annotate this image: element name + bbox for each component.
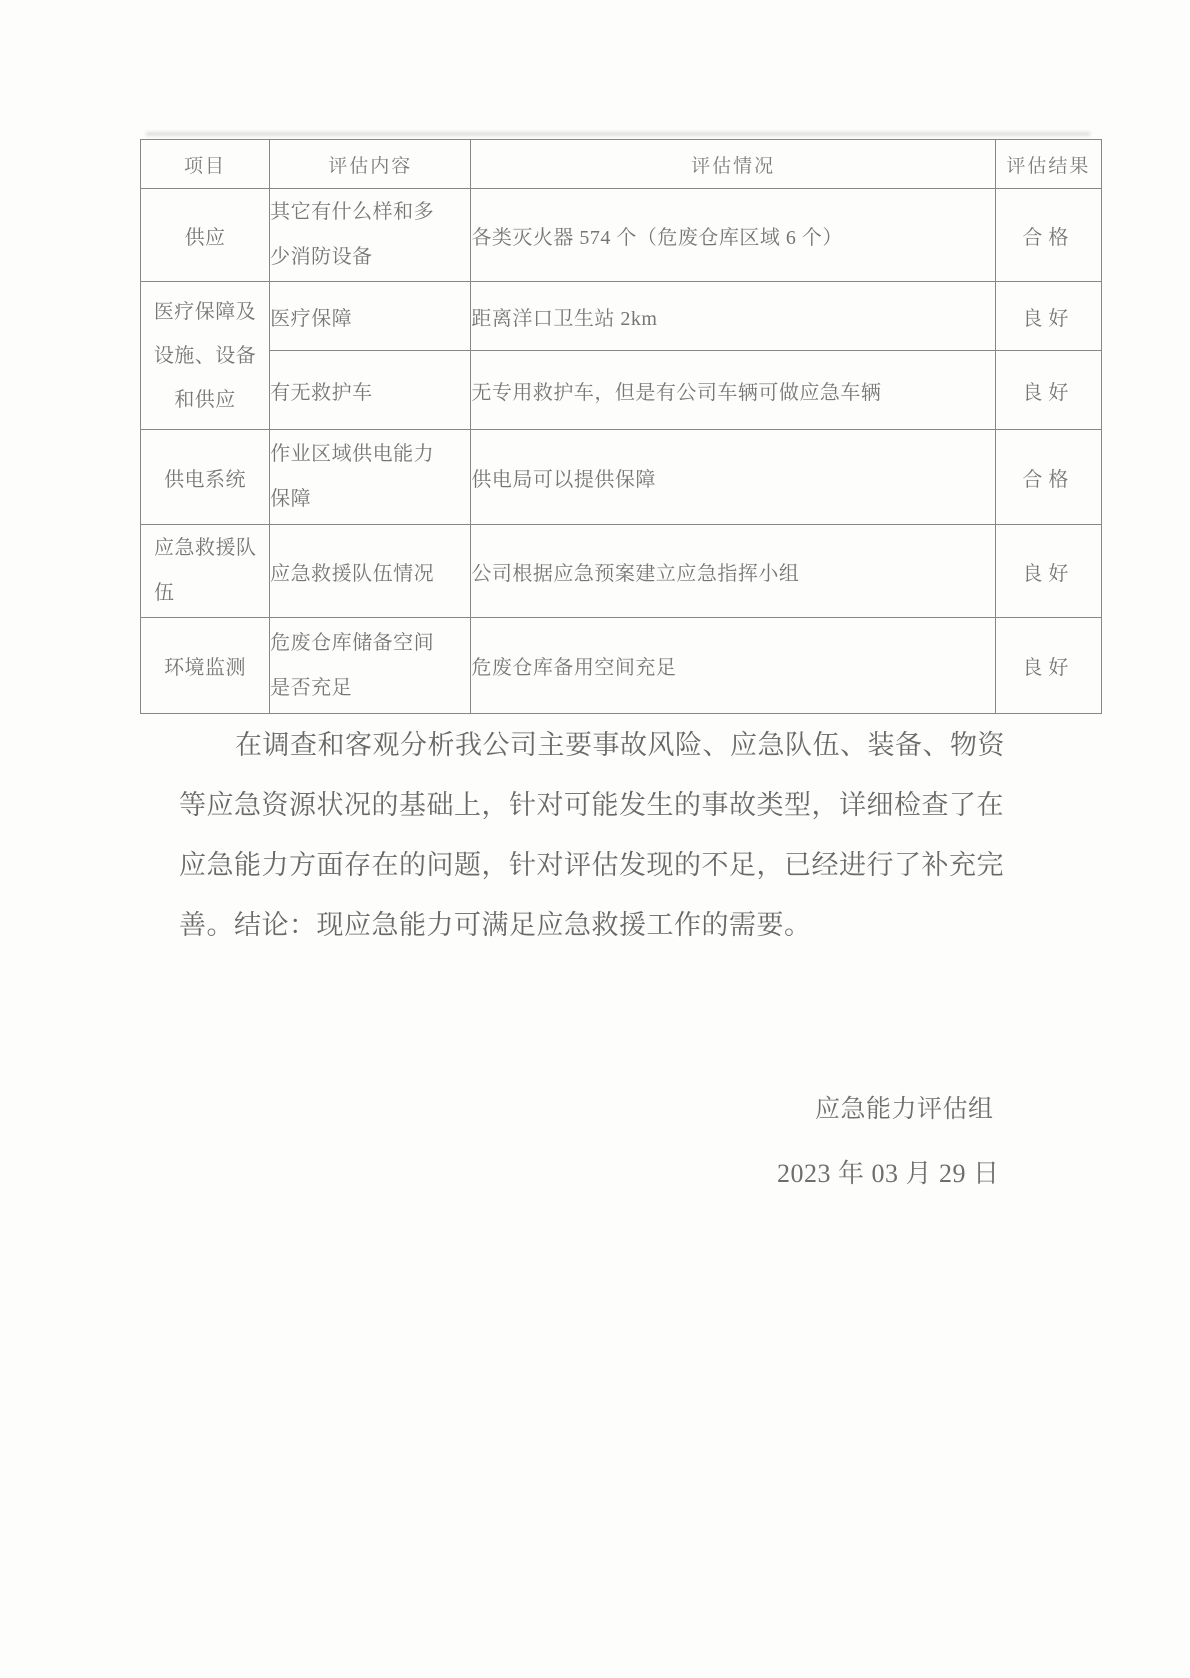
table-header-row: 项目 评估内容 评估情况 评估结果 bbox=[141, 140, 1102, 189]
cell-line: 危废仓库储备空间 bbox=[270, 621, 470, 666]
table-row: 供应 其它有什么样和多 少消防设备 各类灭火器 574 个（危废仓库区域 6 个… bbox=[141, 189, 1102, 282]
table-row: 环境监测 危废仓库储备空间 是否充足 危废仓库备用空间充足 良好 bbox=[141, 618, 1102, 714]
col-header-content: 评估内容 bbox=[270, 140, 471, 189]
cell-situation: 各类灭火器 574 个（危废仓库区域 6 个） bbox=[471, 189, 996, 282]
signature-date: 2023 年 03 月 29 日 bbox=[777, 1158, 1000, 1189]
cell-line: 保障 bbox=[270, 477, 470, 522]
paragraph-line: 应急能力方面存在的问题，针对评估发现的不足，已经进行了补充完 bbox=[179, 835, 1024, 895]
cell-result: 良好 bbox=[995, 282, 1101, 351]
cell-line: 设施、设备 bbox=[141, 334, 269, 378]
cell-item: 应急救援队 伍 bbox=[141, 525, 270, 618]
cell-line: 是否充足 bbox=[270, 666, 470, 711]
cell-situation: 供电局可以提供保障 bbox=[471, 430, 996, 525]
cell-situation: 公司根据应急预案建立应急指挥小组 bbox=[471, 525, 996, 618]
cell-item: 环境监测 bbox=[141, 618, 270, 714]
col-header-situation: 评估情况 bbox=[471, 140, 996, 189]
table-row: 医疗保障及 设施、设备 和供应 医疗保障 距离洋口卫生站 2km 良好 bbox=[141, 282, 1102, 351]
paragraph-line: 善。结论：现应急能力可满足应急救援工作的需要。 bbox=[179, 895, 1024, 955]
cell-situation: 危废仓库备用空间充足 bbox=[471, 618, 996, 714]
cell-situation: 距离洋口卫生站 2km bbox=[471, 282, 996, 351]
cell-content: 危废仓库储备空间 是否充足 bbox=[270, 618, 471, 714]
cell-line: 应急救援队 bbox=[154, 526, 269, 571]
cell-line: 和供应 bbox=[141, 378, 269, 422]
cell-content: 应急救援队伍情况 bbox=[270, 525, 471, 618]
cell-line: 作业区域供电能力 bbox=[270, 432, 470, 477]
paragraph-line: 在调查和客观分析我公司主要事故风险、应急队伍、装备、物资 bbox=[179, 715, 1024, 775]
summary-paragraph: 在调查和客观分析我公司主要事故风险、应急队伍、装备、物资 等应急资源状况的基础上… bbox=[179, 715, 1024, 955]
cell-situation: 无专用救护车，但是有公司车辆可做应急车辆 bbox=[471, 351, 996, 430]
cell-line: 伍 bbox=[154, 571, 269, 616]
cell-result: 合格 bbox=[995, 430, 1101, 525]
paragraph-line: 等应急资源状况的基础上，针对可能发生的事故类型，详细检查了在 bbox=[179, 775, 1024, 835]
col-header-result: 评估结果 bbox=[995, 140, 1101, 189]
cell-item-merged: 医疗保障及 设施、设备 和供应 bbox=[141, 282, 270, 430]
cell-item: 供应 bbox=[141, 189, 270, 282]
signature-group-name: 应急能力评估组 bbox=[815, 1094, 994, 1125]
cell-result: 良好 bbox=[995, 618, 1101, 714]
cell-content: 作业区域供电能力 保障 bbox=[270, 430, 471, 525]
col-header-item: 项目 bbox=[141, 140, 270, 189]
cell-line: 其它有什么样和多 bbox=[270, 190, 470, 235]
cell-result: 合格 bbox=[995, 189, 1101, 282]
table-row: 供电系统 作业区域供电能力 保障 供电局可以提供保障 合格 bbox=[141, 430, 1102, 525]
cell-content: 有无救护车 bbox=[270, 351, 471, 430]
document-page: 项目 评估内容 评估情况 评估结果 供应 其它有什么样和多 少消防设备 各类灭火… bbox=[0, 0, 1190, 1678]
table-row: 应急救援队 伍 应急救援队伍情况 公司根据应急预案建立应急指挥小组 良好 bbox=[141, 525, 1102, 618]
cell-content: 医疗保障 bbox=[270, 282, 471, 351]
scan-artifact bbox=[146, 132, 1090, 136]
cell-line: 少消防设备 bbox=[270, 235, 470, 280]
table-row: 有无救护车 无专用救护车，但是有公司车辆可做应急车辆 良好 bbox=[141, 351, 1102, 430]
cell-item: 供电系统 bbox=[141, 430, 270, 525]
cell-content: 其它有什么样和多 少消防设备 bbox=[270, 189, 471, 282]
cell-result: 良好 bbox=[995, 351, 1101, 430]
assessment-table: 项目 评估内容 评估情况 评估结果 供应 其它有什么样和多 少消防设备 各类灭火… bbox=[140, 139, 1102, 714]
cell-line: 医疗保障及 bbox=[141, 290, 269, 334]
cell-result: 良好 bbox=[995, 525, 1101, 618]
